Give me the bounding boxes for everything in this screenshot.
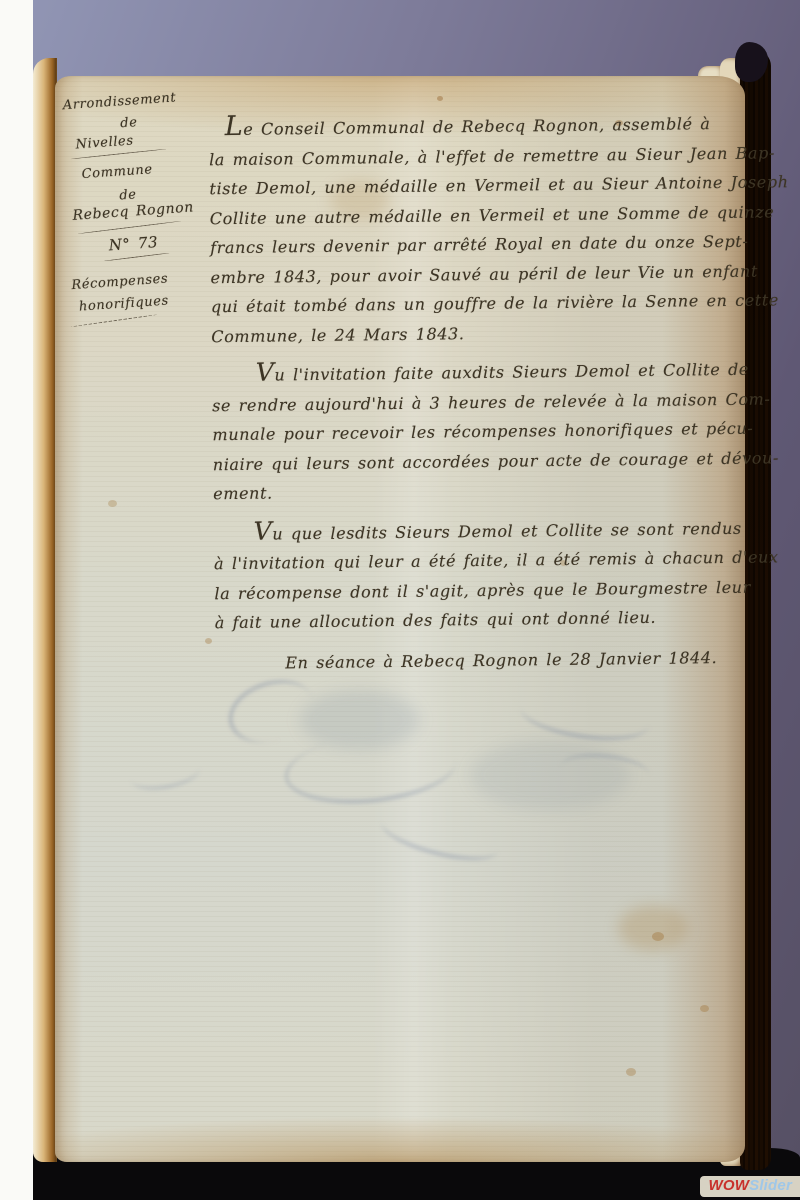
- photographed-register-page: Arrondissement de Nivelles Commune de Re…: [0, 0, 800, 1200]
- gray-smudge: [470, 740, 630, 810]
- foxing-spot: [205, 638, 212, 644]
- manuscript-line: à fait une allocution des faits qui ont …: [215, 602, 747, 638]
- foxing-spot: [108, 500, 117, 507]
- manuscript-dateline: En séance à Rebecq Rognon le 28 Janvier …: [285, 642, 747, 677]
- manuscript-line: Commune, le 24 Mars 1843.: [211, 315, 743, 351]
- watermark-brand-second: Slider: [749, 1177, 792, 1194]
- margin-note-number: N° 73: [108, 231, 159, 256]
- manuscript-body: Le Conseil Communal de Rebecq Rognon, as…: [209, 109, 748, 678]
- foxing-spot: [437, 96, 443, 101]
- watermark-brand-first: WOW: [709, 1177, 750, 1194]
- foxing-stain: [618, 905, 688, 951]
- manuscript-line: Vu l'invitation faite auxdits Sieurs Dem…: [256, 352, 744, 390]
- foxing-spot: [700, 1005, 709, 1012]
- binding-gutter: [33, 58, 57, 1162]
- foxing-spot: [626, 1068, 636, 1076]
- photo-border-strip: [0, 0, 33, 1200]
- foxing-spot: [652, 932, 664, 941]
- gray-smudge: [300, 690, 420, 750]
- wowslider-watermark[interactable]: WOWSlider: [700, 1176, 800, 1197]
